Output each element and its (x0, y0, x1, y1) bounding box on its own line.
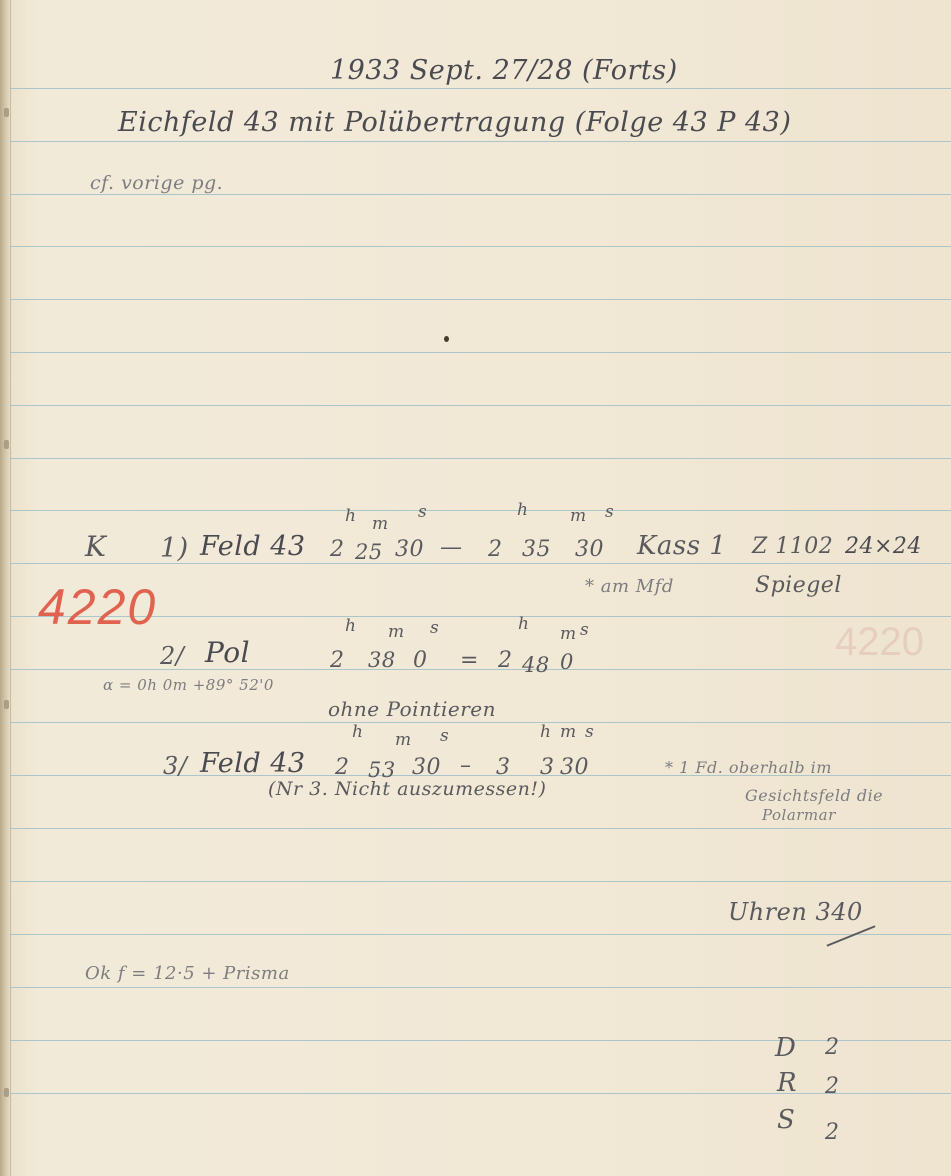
ruled-line (10, 194, 951, 195)
entry-index: 1) (160, 533, 189, 564)
entry-object: Feld 43 (200, 531, 306, 562)
time-start-seconds: 0 (413, 648, 428, 673)
binding-stitch (4, 440, 9, 449)
pole-coordinates: α = 0h 0m +89° 52'0 (103, 676, 274, 694)
entry-object: Pol (205, 636, 250, 669)
entry-note: (Nr 3. Nicht auszumessen!) (268, 778, 546, 800)
cassette: Kass 1 (637, 531, 726, 561)
unit-s: s (440, 726, 449, 746)
time-start-hours: 2 (330, 537, 345, 562)
binding-stitch (4, 108, 9, 117)
time-separator: – (460, 753, 472, 778)
rating-value: 2 (825, 1120, 840, 1145)
time-end-minutes: 48 (522, 653, 550, 677)
ruled-line (10, 246, 951, 247)
page-binding (0, 0, 11, 1176)
plate-id: Z 1102 (752, 534, 833, 559)
plate-number-red: 4220 (38, 578, 157, 636)
objective-note: Ok f = 12·5 + Prisma (85, 963, 290, 984)
time-start-minutes: 25 (355, 540, 383, 564)
ruled-line (10, 563, 951, 564)
unit-h: h (345, 616, 356, 636)
time-end-seconds: 30 (575, 537, 604, 562)
unit-s: s (605, 502, 614, 522)
unit-s: s (585, 722, 594, 742)
time-separator: = (460, 648, 479, 673)
ruled-line (10, 88, 951, 89)
unit-m: m (395, 730, 411, 750)
ruled-line (10, 510, 951, 511)
header-title: Eichfeld 43 mit Polübertragung (Folge 43… (118, 107, 791, 138)
time-end-minutes: 35 (522, 537, 551, 562)
ruled-line (10, 881, 951, 882)
unit-h: h (517, 500, 528, 520)
time-start-seconds: 30 (395, 537, 424, 562)
unit-h: h (352, 722, 363, 742)
ruled-line (10, 458, 951, 459)
entry-note-2: Spiegel (755, 573, 842, 598)
checkmark-icon (827, 925, 876, 946)
ink-spot (444, 336, 449, 342)
clock-reading: Uhren 340 (728, 898, 863, 926)
time-end-hours: 2 (488, 537, 503, 562)
ruled-line (10, 299, 951, 300)
ruled-line (10, 722, 951, 723)
entry-note: ohne Pointieren (328, 697, 496, 721)
rating-value: 2 (825, 1035, 840, 1060)
rating-value: 2 (825, 1074, 840, 1099)
time-end-seconds: 0 (560, 650, 574, 674)
binding-stitch (4, 700, 9, 709)
unit-s: s (580, 620, 589, 640)
unit-m: m (560, 624, 576, 644)
time-start-hours: 2 (335, 755, 350, 780)
ruled-line (10, 934, 951, 935)
ruled-line (10, 987, 951, 988)
ruled-line (10, 352, 951, 353)
entry-note: * am Mfd (585, 576, 674, 597)
time-start-minutes: 38 (368, 648, 396, 672)
ruled-line (10, 669, 951, 670)
entry-object: Feld 43 (200, 748, 306, 779)
ruled-line (10, 828, 951, 829)
notebook-page: 1933 Sept. 27/28 (Forts) Eichfeld 43 mit… (0, 0, 951, 1176)
unit-m: m (388, 622, 404, 642)
time-end-seconds: 30 (560, 755, 589, 780)
time-start-seconds: 30 (412, 755, 441, 780)
ruled-line (10, 1093, 951, 1094)
entry-index: 2/ (160, 642, 184, 670)
margin-letter: K (85, 530, 106, 563)
entry-index: 3/ (163, 752, 187, 780)
unit-m: m (560, 722, 576, 742)
unit-h: h (540, 722, 551, 742)
ruled-line (10, 1040, 951, 1041)
rating-label: R (777, 1068, 797, 1098)
bleed-through-number: 4220 (835, 620, 924, 665)
rating-label: D (775, 1033, 796, 1063)
binding-stitch (4, 1088, 9, 1097)
plate-size: 24×24 (845, 534, 922, 559)
ruled-line (10, 405, 951, 406)
unit-h: h (345, 506, 356, 526)
time-start-hours: 2 (330, 648, 345, 673)
time-end-hours: 2 (498, 648, 513, 673)
time-separator: — (440, 535, 463, 560)
unit-m: m (372, 514, 388, 534)
time-end-minutes: 3 (540, 755, 555, 780)
header-date: 1933 Sept. 27/28 (Forts) (330, 55, 678, 86)
ruled-line (10, 141, 951, 142)
rating-label: S (777, 1105, 795, 1135)
side-note-line-3: Polarmar (762, 806, 836, 824)
unit-s: s (430, 618, 439, 638)
unit-m: m (570, 506, 586, 526)
time-end-hours: 3 (496, 755, 511, 780)
unit-s: s (418, 502, 427, 522)
side-note-line-2: Gesichtsfeld die (745, 786, 883, 805)
header-reference: cf. vorige pg. (90, 172, 223, 194)
side-note-line-1: * 1 Fd. oberhalb im (665, 758, 832, 777)
unit-h: h (518, 614, 529, 634)
